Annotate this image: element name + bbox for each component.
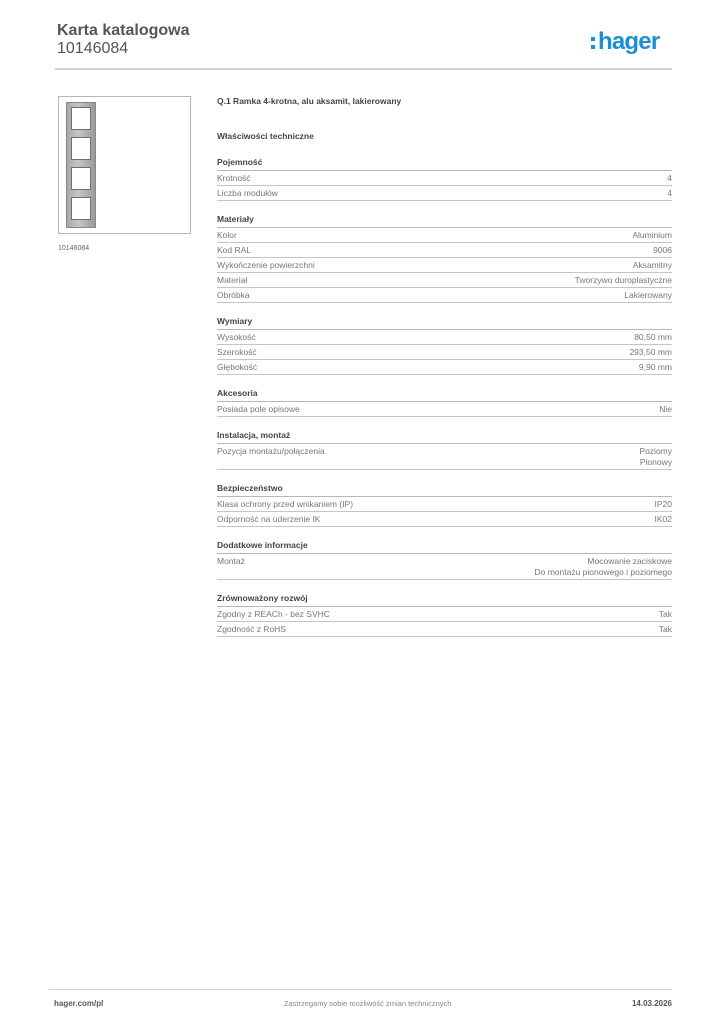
document-number: 10146084 bbox=[57, 40, 189, 58]
spec-row: MontażMocowanie zaciskowe Do montażu pio… bbox=[217, 554, 672, 580]
spec-value: 80,50 mm bbox=[634, 332, 672, 343]
product-details: Q.1 Ramka 4-krotna, alu aksamit, lakiero… bbox=[217, 96, 672, 637]
spec-row: Liczba modułów4 bbox=[217, 186, 672, 201]
four-gang-frame-icon bbox=[66, 102, 96, 228]
spec-section: MateriałyKolorAluminiumKod RAL9006Wykońc… bbox=[217, 214, 672, 303]
spec-section: Zrównoważony rozwójZgodny z REACh - bez … bbox=[217, 593, 672, 637]
product-title: Q.1 Ramka 4-krotna, alu aksamit, lakiero… bbox=[217, 96, 672, 109]
spec-value: 9006 bbox=[653, 245, 672, 256]
spec-row: Szerokość293,50 mm bbox=[217, 345, 672, 360]
section-title: Materiały bbox=[217, 214, 672, 228]
footer-notice: Zastrzegamy sobie możliwość zmian techni… bbox=[284, 999, 452, 1008]
spec-value: IP20 bbox=[655, 499, 673, 510]
spec-label: Klasa ochrony przed wnikaniem (IP) bbox=[217, 499, 353, 510]
spec-value: 9,90 mm bbox=[639, 362, 672, 373]
spec-value: Tak bbox=[659, 609, 672, 620]
product-image bbox=[58, 96, 191, 234]
spec-row: Klasa ochrony przed wnikaniem (IP)IP20 bbox=[217, 497, 672, 512]
spec-row: Kod RAL9006 bbox=[217, 243, 672, 258]
spec-section: PojemnośćKrotność4Liczba modułów4 bbox=[217, 157, 672, 201]
header-divider bbox=[55, 68, 672, 70]
logo-text: hager bbox=[598, 28, 659, 55]
spec-value: Nie bbox=[659, 404, 672, 415]
spec-section: Instalacja, montażPozycja montażu/połącz… bbox=[217, 430, 672, 470]
spec-row: Głębokość9,90 mm bbox=[217, 360, 672, 375]
spec-label: Odporność na uderzenie IK bbox=[217, 514, 320, 525]
product-image-caption: 10146084 bbox=[58, 245, 89, 252]
spec-label: Posiada pole opisowe bbox=[217, 404, 300, 415]
spec-row: Pozycja montażu/połączeniaPoziomy Pionow… bbox=[217, 444, 672, 470]
document-header: Karta katalogowa 10146084 bbox=[57, 21, 189, 58]
section-title: Akcesoria bbox=[217, 388, 672, 402]
spec-row: Zgodność z RoHSTak bbox=[217, 622, 672, 637]
page-footer: hager.com/pl Zastrzegamy sobie możliwość… bbox=[54, 999, 672, 1008]
spec-value: 4 bbox=[667, 188, 672, 199]
footer-website-link[interactable]: hager.com/pl bbox=[54, 999, 103, 1008]
spec-label: Kolor bbox=[217, 230, 237, 241]
section-title: Wymiary bbox=[217, 316, 672, 330]
spec-label: Montaż bbox=[217, 556, 245, 578]
spec-row: Odporność na uderzenie IKIK02 bbox=[217, 512, 672, 527]
spec-value: Aksamitny bbox=[633, 260, 672, 271]
spec-label: Szerokość bbox=[217, 347, 257, 358]
spec-label: Wysokość bbox=[217, 332, 256, 343]
section-title: Dodatkowe informacje bbox=[217, 540, 672, 554]
spec-section: AkcesoriaPosiada pole opisoweNie bbox=[217, 388, 672, 417]
section-title: Instalacja, montaż bbox=[217, 430, 672, 444]
spec-row: ObróbkaLakierowany bbox=[217, 288, 672, 303]
document-title: Karta katalogowa bbox=[57, 21, 189, 40]
spec-value: Tak bbox=[659, 624, 672, 635]
spec-value: IK02 bbox=[655, 514, 673, 525]
footer-date: 14.03.2026 bbox=[632, 999, 672, 1008]
section-title: Bezpieczeństwo bbox=[217, 483, 672, 497]
technical-properties-heading: Właściwości techniczne bbox=[217, 131, 672, 144]
spec-label: Wykończenie powierzchni bbox=[217, 260, 315, 271]
spec-sections: PojemnośćKrotność4Liczba modułów4Materia… bbox=[217, 157, 672, 637]
spec-value: Lakierowany bbox=[624, 290, 672, 301]
spec-label: Głębokość bbox=[217, 362, 257, 373]
spec-section: Dodatkowe informacjeMontażMocowanie zaci… bbox=[217, 540, 672, 580]
spec-label: Zgodność z RoHS bbox=[217, 624, 286, 635]
spec-value: Tworzywo duroplastyczne bbox=[575, 275, 672, 286]
spec-value: 293,50 mm bbox=[629, 347, 672, 358]
spec-row: Posiada pole opisoweNie bbox=[217, 402, 672, 417]
spec-label: Zgodny z REACh - bez SVHC bbox=[217, 609, 330, 620]
spec-label: Liczba modułów bbox=[217, 188, 278, 199]
spec-section: BezpieczeństwoKlasa ochrony przed wnikan… bbox=[217, 483, 672, 527]
spec-value: Aluminium bbox=[632, 230, 672, 241]
section-title: Zrównoważony rozwój bbox=[217, 593, 672, 607]
spec-value: Poziomy Pionowy bbox=[639, 446, 672, 468]
spec-section: WymiaryWysokość80,50 mmSzerokość293,50 m… bbox=[217, 316, 672, 375]
spec-label: Kod RAL bbox=[217, 245, 251, 256]
spec-row: Wysokość80,50 mm bbox=[217, 330, 672, 345]
logo-colon-icon bbox=[591, 34, 596, 50]
spec-value: Mocowanie zaciskowe Do montażu pionowego… bbox=[534, 556, 672, 578]
spec-label: Materiał bbox=[217, 275, 247, 286]
hager-logo: hager bbox=[591, 27, 659, 57]
spec-row: KolorAluminium bbox=[217, 228, 672, 243]
spec-label: Krotność bbox=[217, 173, 251, 184]
section-title: Pojemność bbox=[217, 157, 672, 171]
spec-row: MateriałTworzywo duroplastyczne bbox=[217, 273, 672, 288]
footer-divider bbox=[49, 989, 672, 990]
spec-row: Krotność4 bbox=[217, 171, 672, 186]
spec-row: Zgodny z REACh - bez SVHCTak bbox=[217, 607, 672, 622]
spec-label: Obróbka bbox=[217, 290, 250, 301]
spec-value: 4 bbox=[667, 173, 672, 184]
spec-label: Pozycja montażu/połączenia bbox=[217, 446, 325, 468]
spec-row: Wykończenie powierzchniAksamitny bbox=[217, 258, 672, 273]
